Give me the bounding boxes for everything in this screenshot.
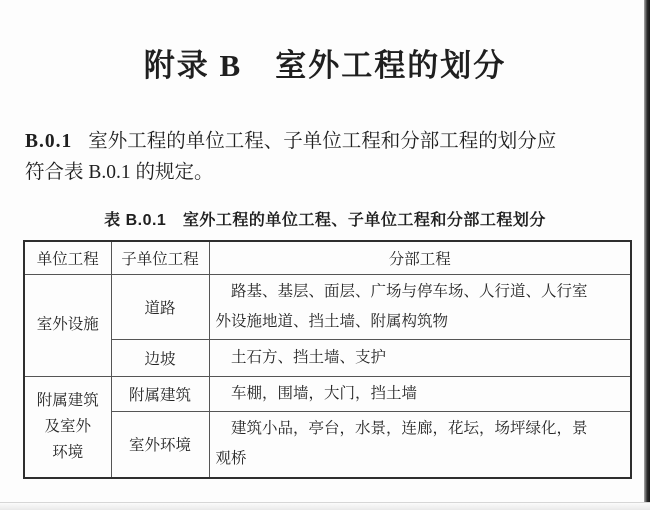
parts-cell-road: 路基、基层、面层、广场与停车场、人行道、人行室 外设施地道、挡土墙、附属构筑物 — [209, 274, 631, 339]
unit-cell-outdoor-facilities: 室外设施 — [24, 274, 111, 376]
scan-edge-right — [644, 0, 650, 510]
table-caption: 表 B.0.1 室外工程的单位工程、子单位工程和分部工程划分 — [0, 207, 650, 230]
parts-cell-slope: 土石方、挡土墙、支护 — [209, 339, 631, 376]
sub-unit-cell-road: 道路 — [111, 274, 209, 339]
table-row: 边坡 土石方、挡土墙、支护 — [24, 339, 631, 376]
clause-text: 室外工程的单位工程、子单位工程和分部工程的划分应 符合表 B.0.1 的规定。 — [25, 131, 556, 183]
parts-cell-attached-building: 车棚，围墙，大门，挡土墙 — [209, 376, 631, 411]
header-sub-unit-project: 子单位工程 — [111, 241, 209, 274]
sub-unit-cell-outdoor-environment: 室外环境 — [111, 411, 209, 478]
header-unit-project: 单位工程 — [24, 241, 111, 274]
clause-paragraph: B.0.1室外工程的单位工程、子单位工程和分部工程的划分应 符合表 B.0.1 … — [25, 126, 631, 188]
document-page: 附录 B 室外工程的划分 B.0.1室外工程的单位工程、子单位工程和分部工程的划… — [0, 0, 650, 510]
scan-edge-bottom — [0, 502, 650, 510]
page-title: 附录 B 室外工程的划分 — [0, 40, 650, 85]
table-row: 室外设施 道路 路基、基层、面层、广场与停车场、人行道、人行室 外设施地道、挡土… — [24, 274, 631, 339]
clause-number: B.0.1 — [25, 131, 72, 152]
division-table: 单位工程 子单位工程 分部工程 室外设施 道路 路基、基层、面层、广场与停车场、… — [23, 240, 632, 479]
table-row: 附属建筑 及室外 环境 附属建筑 车棚，围墙，大门，挡土墙 — [24, 376, 631, 411]
unit-cell-attached-buildings: 附属建筑 及室外 环境 — [24, 376, 111, 478]
sub-unit-cell-attached-building: 附属建筑 — [111, 376, 209, 411]
table-row: 室外环境 建筑小品，亭台，水景，连廊，花坛，场坪绿化，景 观桥 — [24, 411, 631, 478]
parts-cell-outdoor-environment: 建筑小品，亭台，水景，连廊，花坛，场坪绿化，景 观桥 — [209, 411, 631, 478]
table-header-row: 单位工程 子单位工程 分部工程 — [24, 241, 631, 274]
header-division-project: 分部工程 — [209, 241, 631, 274]
sub-unit-cell-slope: 边坡 — [111, 339, 209, 376]
